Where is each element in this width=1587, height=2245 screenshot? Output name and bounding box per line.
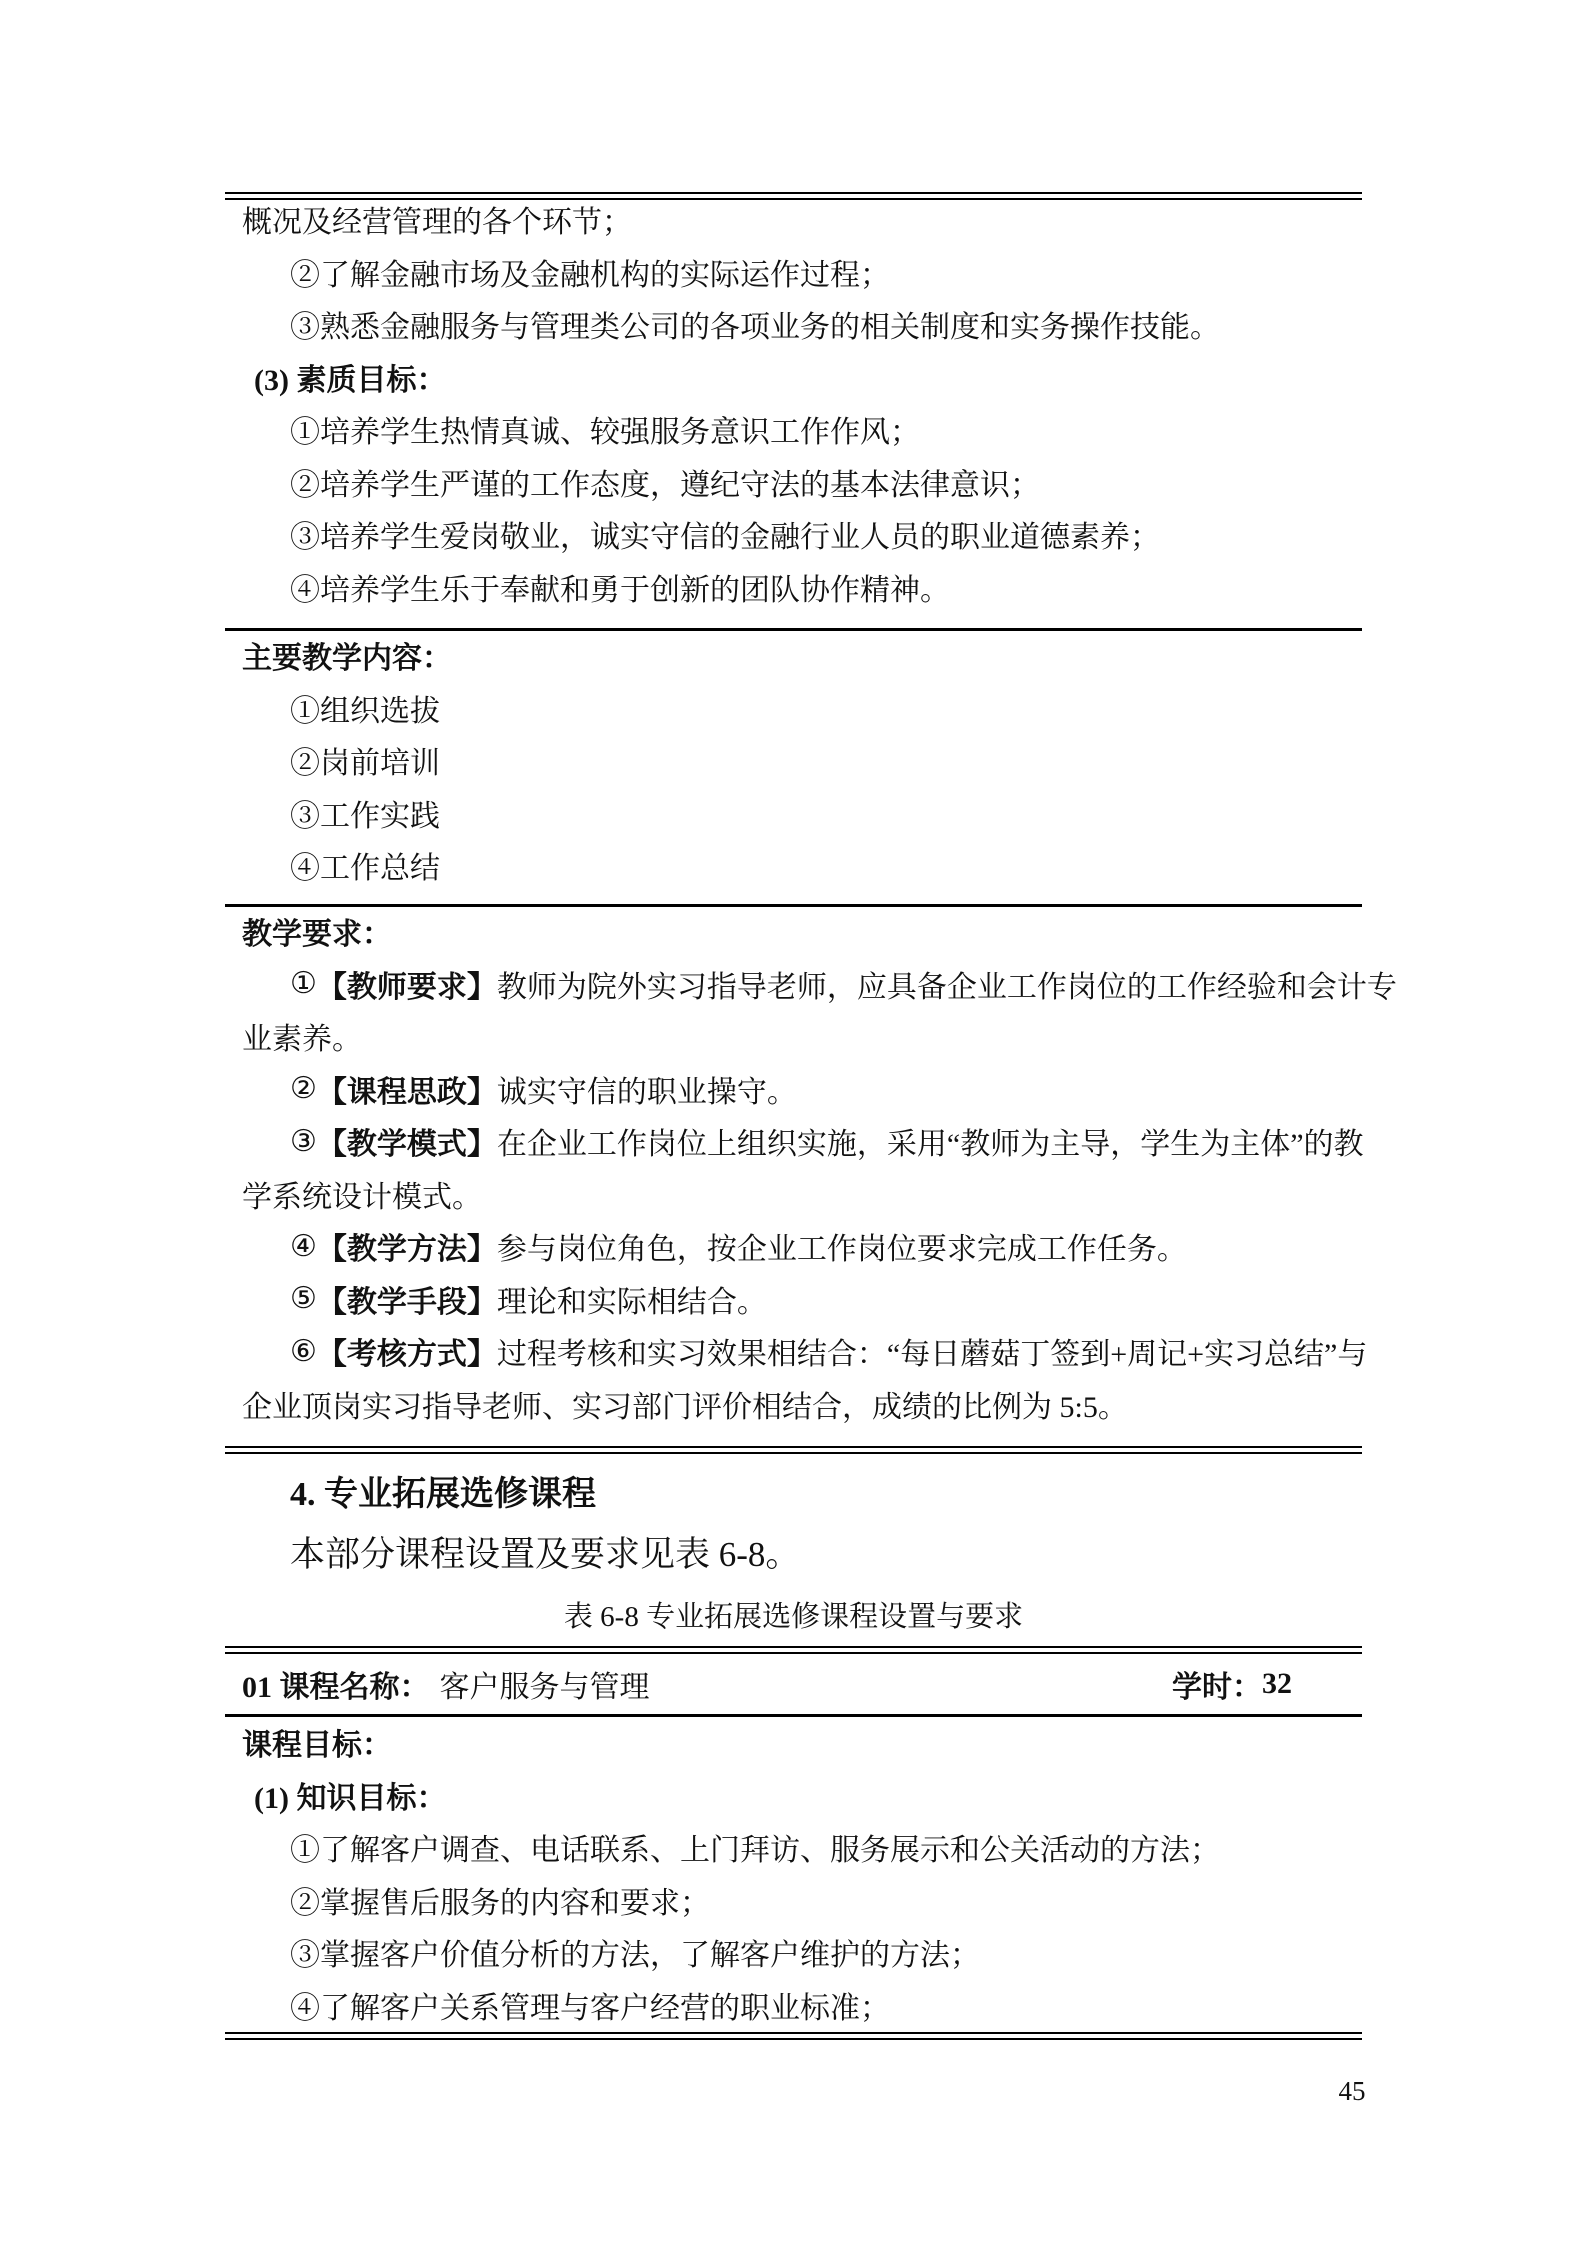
requirement-line: ④【教学方法】参与岗位角色，按企业工作岗位要求完成工作任务。 xyxy=(225,1220,1362,1273)
cell-title: 主要教学内容： xyxy=(225,629,1362,682)
cell-title: 教学要求： xyxy=(225,905,1362,958)
req-label: 【教学模式】 xyxy=(317,1119,497,1163)
quality-goals-cell: 概况及经营管理的各个环节； ②了解金融市场及金融机构的实际运作过程； ③熟悉金融… xyxy=(225,193,1362,613)
course-no-label: 01 课程名称： xyxy=(242,1662,430,1706)
req-text: 教师为院外实习指导老师，应具备企业工作岗位的工作经验和会计专 xyxy=(497,962,1397,1006)
requirement-line: ⑥【考核方式】过程考核和实习效果相结合：“每日蘑菇丁签到+周记+实习总结”与 xyxy=(225,1325,1362,1378)
req-text: 参与岗位角色，按企业工作岗位要求完成工作任务。 xyxy=(497,1224,1187,1268)
req-label: 【考核方式】 xyxy=(317,1329,497,1373)
requirement-line: ②【课程思政】诚实守信的职业操守。 xyxy=(225,1063,1362,1116)
teaching-content-cell: 主要教学内容： ①组织选拔 ②岗前培训 ③工作实践 ④工作总结 xyxy=(225,629,1362,892)
list-item-line: ①组织选拔 xyxy=(225,682,1362,735)
table-border-double-bottom xyxy=(225,1446,1362,1454)
list-item-line: ③熟悉金融服务与管理类公司的各项业务的相关制度和实务操作技能。 xyxy=(225,298,1362,351)
list-item-line: ②掌握售后服务的内容和要求； xyxy=(225,1874,1362,1927)
list-item-line: ①培养学生热情真诚、较强服务意识工作作风； xyxy=(225,403,1362,456)
req-number: ① xyxy=(290,966,317,1001)
list-item-line: ②了解金融市场及金融机构的实际运作过程； xyxy=(225,246,1362,299)
requirement-line: ③【教学模式】在企业工作岗位上组织实施，采用“教师为主导，学生为主体”的教 xyxy=(225,1115,1362,1168)
table-border-double-bottom xyxy=(225,2032,1362,2040)
hours-value: 32 xyxy=(1262,1667,1292,1701)
req-text: 理论和实际相结合。 xyxy=(497,1277,767,1321)
list-item-line: ②岗前培训 xyxy=(225,734,1362,787)
req-label: 【教师要求】 xyxy=(317,962,497,1006)
cell-title: 课程目标： xyxy=(225,1716,1362,1769)
subsection-title: (1) 知识目标： xyxy=(225,1769,1362,1822)
course-goals-cell: 课程目标： (1) 知识目标： ①了解客户调查、电话联系、上门拜访、服务展示和公… xyxy=(225,1716,1362,2031)
list-item-line: ③培养学生爱岗敬业，诚实守信的金融行业人员的职业道德素养； xyxy=(225,508,1362,561)
section-intro: 本部分课程设置及要求见表 6-8。 xyxy=(225,1528,1362,1576)
req-number: ② xyxy=(290,1071,317,1106)
table-border-double-top xyxy=(225,1646,1362,1654)
req-number: ⑥ xyxy=(290,1334,317,1369)
req-label: 【教学手段】 xyxy=(317,1277,497,1321)
table-caption: 表 6-8 专业拓展选修课程设置与要求 xyxy=(225,1592,1362,1636)
document-page: 概况及经营管理的各个环节； ②了解金融市场及金融机构的实际运作过程； ③熟悉金融… xyxy=(0,0,1587,2245)
req-number: ③ xyxy=(290,1124,317,1159)
list-item-line: ③工作实践 xyxy=(225,787,1362,840)
course-header-row: 01 课程名称： 客户服务与管理 学时：32 xyxy=(225,1654,1362,1714)
requirement-line: ⑤【教学手段】理论和实际相结合。 xyxy=(225,1273,1362,1326)
section-heading: 4. 专业拓展选修课程 xyxy=(225,1466,1362,1514)
subsection-title: (3) 素质目标： xyxy=(225,351,1362,404)
list-item-line: ①了解客户调查、电话联系、上门拜访、服务展示和公关活动的方法； xyxy=(225,1821,1362,1874)
req-number: ⑤ xyxy=(290,1281,317,1316)
list-item-line: ④培养学生乐于奉献和勇于创新的团队协作精神。 xyxy=(225,561,1362,614)
req-number: ④ xyxy=(290,1229,317,1264)
list-item-line: ④了解客户关系管理与客户经营的职业标准； xyxy=(225,1979,1362,2032)
body-line: 概况及经营管理的各个环节； xyxy=(225,193,1362,246)
req-text: 在企业工作岗位上组织实施，采用“教师为主导，学生为主体”的教 xyxy=(497,1119,1364,1163)
course-hours: 学时：32 xyxy=(1172,1654,1292,1714)
list-item-line: ②培养学生严谨的工作态度，遵纪守法的基本法律意识； xyxy=(225,456,1362,509)
course-name: 客户服务与管理 xyxy=(440,1662,650,1706)
req-text: 过程考核和实习效果相结合：“每日蘑菇丁签到+周记+实习总结”与 xyxy=(497,1329,1367,1373)
req-text: 诚实守信的职业操守。 xyxy=(497,1067,797,1111)
requirement-continuation: 学系统设计模式。 xyxy=(225,1168,1362,1221)
req-label: 【课程思政】 xyxy=(317,1067,497,1111)
requirement-continuation: 业素养。 xyxy=(225,1010,1362,1063)
teaching-requirements-cell: 教学要求： ①【教师要求】教师为院外实习指导老师，应具备企业工作岗位的工作经验和… xyxy=(225,905,1362,1430)
list-item-line: ③掌握客户价值分析的方法，了解客户维护的方法； xyxy=(225,1926,1362,1979)
page-number: 45 xyxy=(1322,2076,1382,2107)
req-label: 【教学方法】 xyxy=(317,1224,497,1268)
requirement-continuation: 企业顶岗实习指导老师、实习部门评价相结合，成绩的比例为 5:5。 xyxy=(225,1378,1362,1431)
requirement-line: ①【教师要求】教师为院外实习指导老师，应具备企业工作岗位的工作经验和会计专 xyxy=(225,958,1362,1011)
hours-label: 学时： xyxy=(1172,1662,1262,1706)
list-item-line: ④工作总结 xyxy=(225,839,1362,892)
